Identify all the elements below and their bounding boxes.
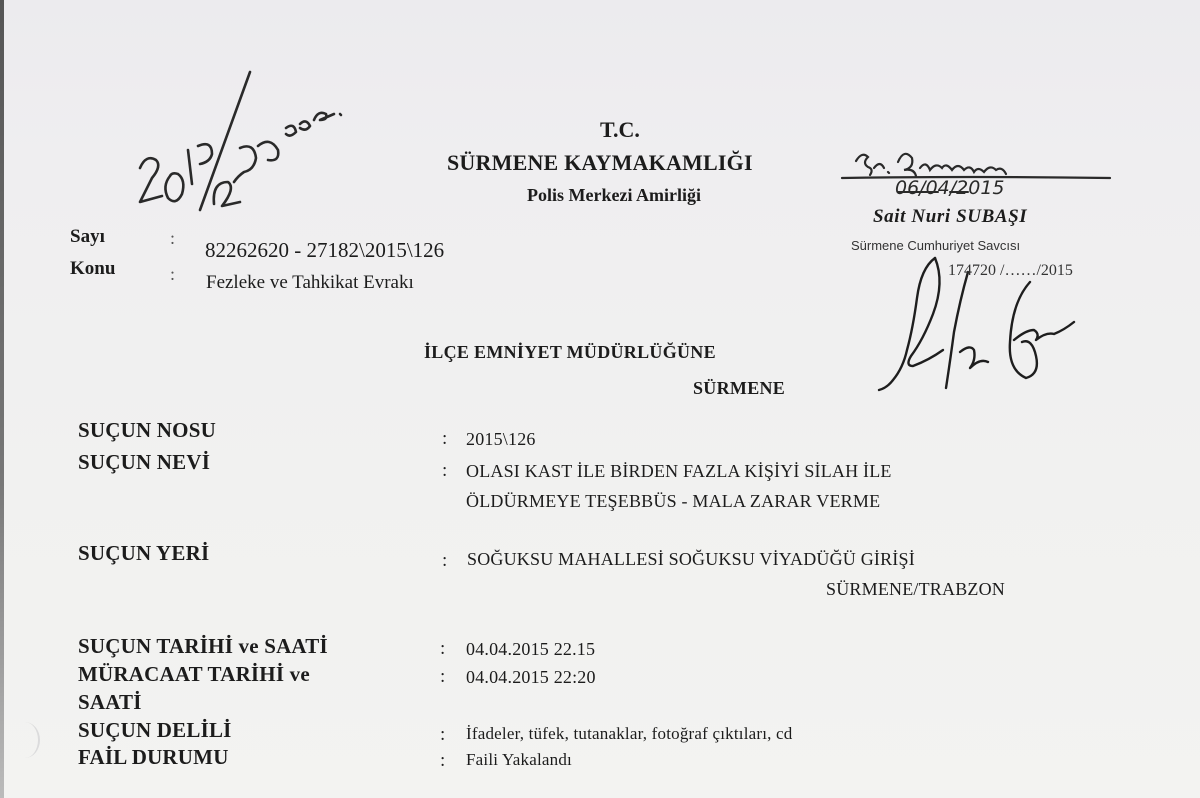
field-value-yeri-line1: SOĞUKSU MAHALLESİ SOĞUKSU VİYADÜĞÜ GİRİŞ… <box>467 549 915 570</box>
field-colon: : <box>440 724 445 746</box>
stamp-title: Sürmene Cumhuriyet Savcısı <box>851 238 1020 253</box>
header-unit: Polis Merkezi Amirliği <box>527 185 701 206</box>
field-colon: : <box>440 638 445 660</box>
sayi-value: 82262620 - 27182\2015\126 <box>205 238 444 263</box>
field-label-tarihi: SUÇUN TARİHİ ve SAATİ <box>78 634 328 659</box>
sayi-label: Sayı <box>70 226 105 248</box>
page-edge-shadow <box>0 0 4 798</box>
sayi-colon: : <box>170 228 175 249</box>
stamp-handwritten-date: 06/04/2015 <box>895 177 1005 199</box>
field-label-muracaat: MÜRACAAT TARİHİ ve <box>78 662 310 687</box>
field-label-yeri: SUÇUN YERİ <box>78 541 209 566</box>
konu-label: Konu <box>70 258 115 280</box>
stamp-number: 174720 /……/2015 <box>948 262 1073 280</box>
field-colon: : <box>442 460 447 482</box>
konu-colon: : <box>170 264 175 285</box>
header-tc: T.C. <box>600 117 640 143</box>
konu-value: Fezleke ve Tahkikat Evrakı <box>206 272 414 294</box>
field-colon: : <box>442 550 447 572</box>
field-value-muracaat: 04.04.2015 22:20 <box>466 667 596 688</box>
field-label-muracaat-saati: SAATİ <box>78 690 142 715</box>
field-value-delili: İfadeler, tüfek, tutanaklar, fotoğraf çı… <box>466 724 793 744</box>
header-organization: SÜRMENE KAYMAKAMLIĞI <box>447 150 753 176</box>
field-value-yeri-line2: SÜRMENE/TRABZON <box>826 579 1005 600</box>
field-value-fail: Faili Yakalandı <box>466 750 572 770</box>
field-label-fail: FAİL DURUMU <box>78 745 229 770</box>
field-value-nevi-line1: OLASI KAST İLE BİRDEN FAZLA KİŞİYİ SİLAH… <box>466 461 892 482</box>
field-label-nosu: SUÇUN NOSU <box>78 418 216 443</box>
field-value-tarihi: 04.04.2015 22.15 <box>466 639 595 660</box>
punch-hole <box>10 722 40 758</box>
field-colon: : <box>440 666 445 688</box>
field-value-nevi-line2: ÖLDÜRMEYE TEŞEBBÜS - MALA ZARAR VERME <box>466 491 880 512</box>
recipient-line2: SÜRMENE <box>693 378 785 399</box>
field-label-delili: SUÇUN DELİLİ <box>78 718 232 743</box>
stamp-name: Sait Nuri SUBAŞI <box>873 206 1027 228</box>
field-value-nosu: 2015\126 <box>466 429 536 450</box>
field-colon: : <box>442 428 447 450</box>
recipient-line1: İLÇE EMNİYET MÜDÜRLÜĞÜNE <box>424 342 716 363</box>
field-label-nevi: SUÇUN NEVİ <box>78 450 210 475</box>
field-colon: : <box>440 750 445 772</box>
